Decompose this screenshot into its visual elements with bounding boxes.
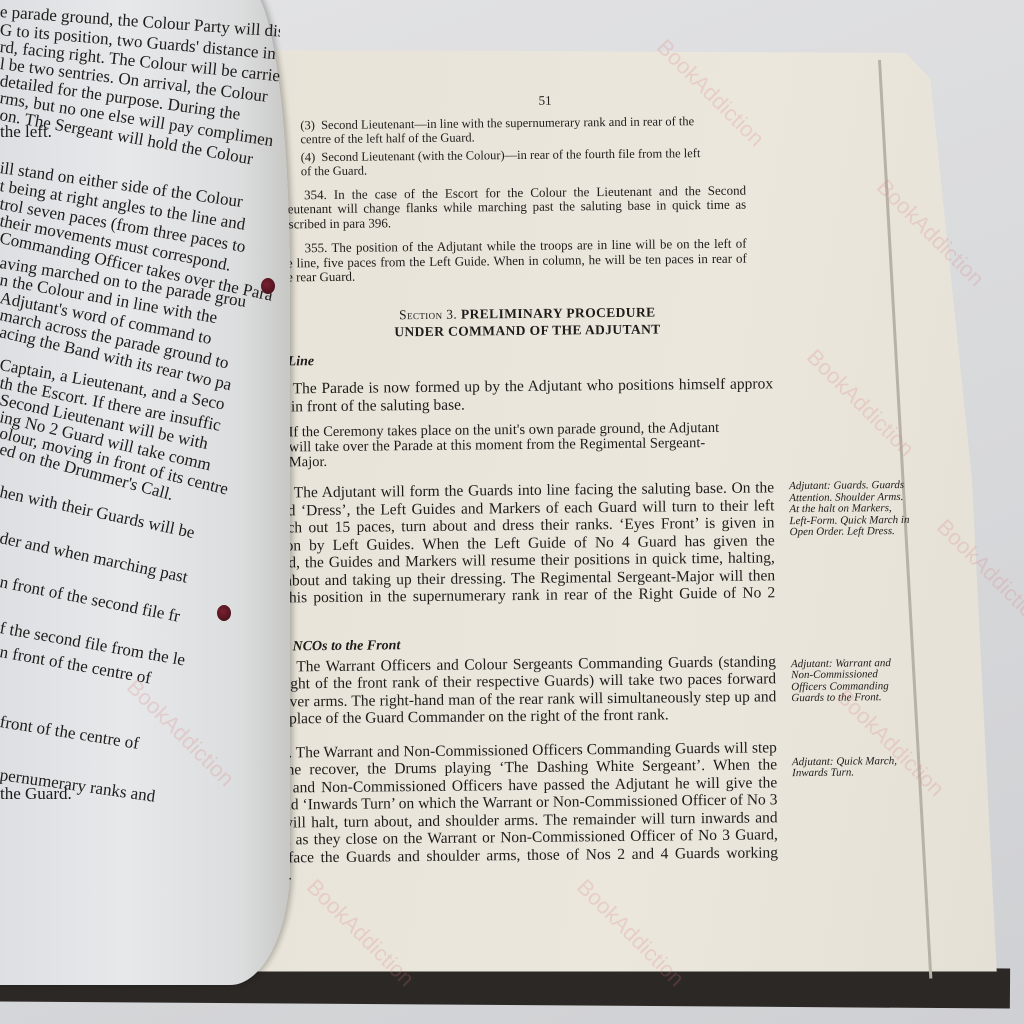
note-text: If the Ceremony takes place on the unit'… bbox=[288, 421, 723, 471]
margin-note-359: Adjutant: Quick March, Inwards Turn. bbox=[792, 755, 912, 779]
sub-item-4: (4) Second Lieutenant (with the Colour)—… bbox=[231, 146, 701, 179]
margin-note-358: Adjutant: Warrant and Non-Commissioned O… bbox=[791, 657, 911, 704]
paragraph-357: 357. The Adjutant will form the Guards i… bbox=[234, 479, 775, 625]
left-line: the left. bbox=[0, 122, 52, 141]
sub-item-3: (3) Second Lieutenant—in line with the s… bbox=[230, 114, 700, 147]
sub-item-text: Second Lieutenant—in line with the super… bbox=[300, 114, 694, 146]
paragraph-354: 354. In the case of the Escort for the C… bbox=[276, 183, 746, 231]
photo-scene: 51 (3) Second Lieutenant—in line with th… bbox=[0, 0, 1024, 1024]
sub-item-number: (3) bbox=[300, 118, 315, 132]
section-heading: Section 3. PRELIMINARY PROCEDURE UNDER C… bbox=[232, 301, 822, 341]
forming-line-section: Forming Line 356. The Parade is now form… bbox=[233, 347, 826, 625]
section-prefix: Section 3. bbox=[399, 306, 457, 322]
left-line: front of the centre of bbox=[0, 712, 140, 753]
paragraph-357-block: 357. The Adjutant will form the Guards i… bbox=[234, 479, 825, 625]
forming-line-heading: Forming Line bbox=[233, 347, 823, 371]
sub-item-text: Second Lieutenant (with the Colour)—in r… bbox=[301, 146, 701, 178]
left-page-text: e parade ground, the Colour Party will d… bbox=[0, 0, 280, 900]
paragraph-358: 358. The Warrant Officers and Colour Ser… bbox=[236, 653, 777, 729]
note-block: NOTE: If the Ceremony takes place on the… bbox=[233, 421, 723, 471]
section-title-line1: PRELIMINARY PROCEDURE bbox=[461, 304, 656, 321]
sub-item-number: (4) bbox=[301, 150, 316, 164]
paragraph-359: 359. The Warrant and Non-Commissioned Of… bbox=[237, 739, 778, 885]
right-page-text: 51 (3) Second Lieutenant—in line with th… bbox=[230, 89, 829, 916]
paragraph-358-block: 358. The Warrant Officers and Colour Ser… bbox=[236, 652, 827, 728]
left-line: the Guard. bbox=[0, 784, 72, 803]
paragraph-355: 355. The position of the Adjutant while … bbox=[277, 237, 747, 285]
margin-note-357: Adjutant: Guards. Guards Attention. Shou… bbox=[789, 480, 910, 539]
bookmark-bead bbox=[217, 605, 231, 621]
paragraph-356: 356. The Parade is now formed up by the … bbox=[233, 375, 773, 416]
bookmark-bead bbox=[261, 278, 275, 294]
wos-ncos-section: WOs and NCOs to the Front 358. The Warra… bbox=[236, 633, 829, 885]
paragraph-359-block: 359. The Warrant and Non-Commissioned Of… bbox=[237, 738, 828, 884]
